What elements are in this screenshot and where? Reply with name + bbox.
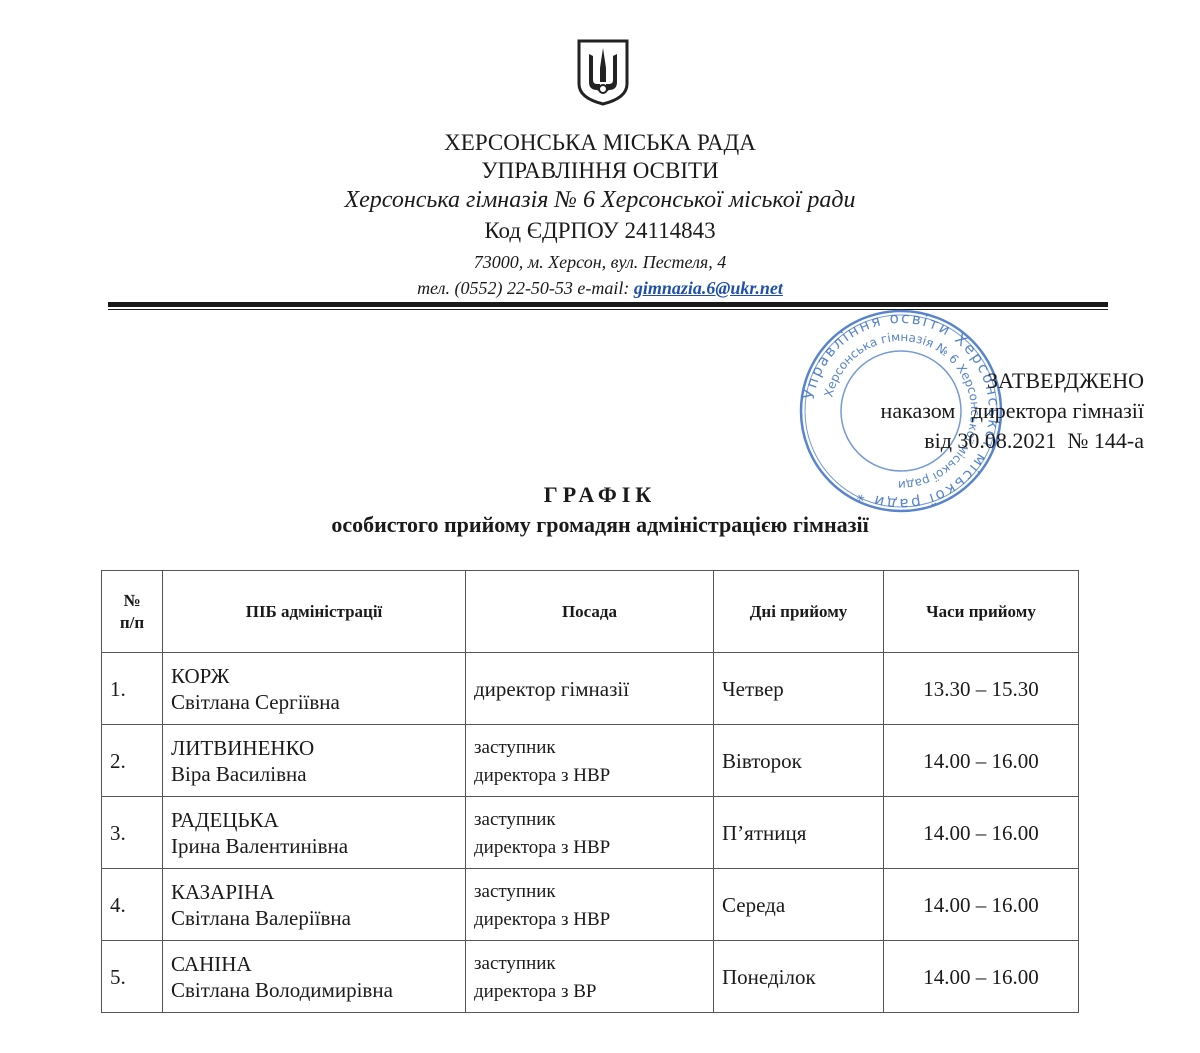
council-name: ХЕРСОНСЬКА МІСЬКА РАДА <box>0 130 1200 156</box>
header-number: №п/п <box>102 571 163 653</box>
position-line-2: директора з НВР <box>474 909 610 930</box>
surname: ЛИТВИНЕНКО <box>171 736 314 760</box>
given-names: Світлана Валеріївна <box>171 906 351 930</box>
position: директор гімназії <box>466 653 714 725</box>
position: заступникдиректора з НВР <box>466 797 714 869</box>
department-name: УПРАВЛІННЯ ОСВІТИ <box>0 158 1200 184</box>
position-line-2: директора з ВР <box>474 981 596 1002</box>
approval-title: ЗАТВЕРДЖЕНО <box>987 368 1144 394</box>
reception-hours: 14.00 – 16.00 <box>884 797 1079 869</box>
phone: тел. (0552) 22-50-53 e-mail: <box>417 278 634 298</box>
row-number: 1. <box>102 653 163 725</box>
reception-day: Середа <box>714 869 884 941</box>
staff-name: САНІНАСвітлана Володимирівна <box>163 941 466 1013</box>
contacts: тел. (0552) 22-50-53 e-mail: gimnazia.6@… <box>0 275 1200 301</box>
row-number: 5. <box>102 941 163 1013</box>
staff-name: КАЗАРІНАСвітлана Валеріївна <box>163 869 466 941</box>
position-line-2: директора з НВР <box>474 765 610 786</box>
reception-hours: 14.00 – 16.00 <box>884 941 1079 1013</box>
table-header-row: №п/п ПІБ адміністрації Посада Дні прийом… <box>102 571 1079 653</box>
row-number: 2. <box>102 725 163 797</box>
reception-day: П’ятниця <box>714 797 884 869</box>
given-names: Віра Василівна <box>171 762 307 786</box>
position: заступникдиректора з ВР <box>466 941 714 1013</box>
reception-hours: 14.00 – 16.00 <box>884 869 1079 941</box>
given-names: Ірина Валентинівна <box>171 834 348 858</box>
header-position: Посада <box>466 571 714 653</box>
table-row: 4.КАЗАРІНАСвітлана Валеріївназаступникди… <box>102 869 1079 941</box>
position-line-1: заступник <box>474 809 556 830</box>
position-line-1: заступник <box>474 953 556 974</box>
table-row: 2.ЛИТВИНЕНКОВіра Василівназаступникдирек… <box>102 725 1079 797</box>
email-link[interactable]: gimnazia.6@ukr.net <box>634 278 783 298</box>
address: 73000, м. Херсон, вул. Пестеля, 4 <box>0 249 1200 275</box>
header-hours: Часи прийому <box>884 571 1079 653</box>
approval-order: наказом директора гімназії <box>881 398 1144 424</box>
reception-day: Четвер <box>714 653 884 725</box>
position-line-1: заступник <box>474 881 556 902</box>
approval-date: від 30.08.2021 № 144-а <box>924 428 1144 454</box>
given-names: Світлана Володимирівна <box>171 978 393 1002</box>
staff-name: КОРЖСвітлана Сергіївна <box>163 653 466 725</box>
given-names: Світлана Сергіївна <box>171 690 340 714</box>
ukraine-coat-of-arms-icon <box>575 38 631 106</box>
position: заступникдиректора з НВР <box>466 725 714 797</box>
reception-day: Вівторок <box>714 725 884 797</box>
surname: САНІНА <box>171 952 252 976</box>
staff-name: ЛИТВИНЕНКОВіра Василівна <box>163 725 466 797</box>
table-row: 5.САНІНАСвітлана Володимирівназаступникд… <box>102 941 1079 1013</box>
surname: КОРЖ <box>171 664 229 688</box>
school-name: Херсонська гімназія № 6 Херсонської місь… <box>0 187 1200 213</box>
position-line-1: заступник <box>474 737 556 758</box>
header-days: Дні прийому <box>714 571 884 653</box>
position: заступникдиректора з НВР <box>466 869 714 941</box>
document-title: ГРАФІК <box>0 482 1200 508</box>
document-subtitle: особистого прийому громадян адміністраці… <box>0 512 1200 538</box>
staff-name: РАДЕЦЬКАІрина Валентинівна <box>163 797 466 869</box>
reception-hours: 13.30 – 15.30 <box>884 653 1079 725</box>
edrpou-code: Код ЄДРПОУ 24114843 <box>0 218 1200 244</box>
table-row: 1.КОРЖСвітлана Сергіївнадиректор гімназі… <box>102 653 1079 725</box>
table-row: 3.РАДЕЦЬКАІрина Валентинівназаступникдир… <box>102 797 1079 869</box>
header-name: ПІБ адміністрації <box>163 571 466 653</box>
surname: РАДЕЦЬКА <box>171 808 279 832</box>
surname: КАЗАРІНА <box>171 880 274 904</box>
schedule-table: №п/п ПІБ адміністрації Посада Дні прийом… <box>101 570 1079 1013</box>
row-number: 3. <box>102 797 163 869</box>
row-number: 4. <box>102 869 163 941</box>
position-line-1: директор гімназії <box>474 677 629 701</box>
reception-day: Понеділок <box>714 941 884 1013</box>
position-line-2: директора з НВР <box>474 837 610 858</box>
reception-hours: 14.00 – 16.00 <box>884 725 1079 797</box>
